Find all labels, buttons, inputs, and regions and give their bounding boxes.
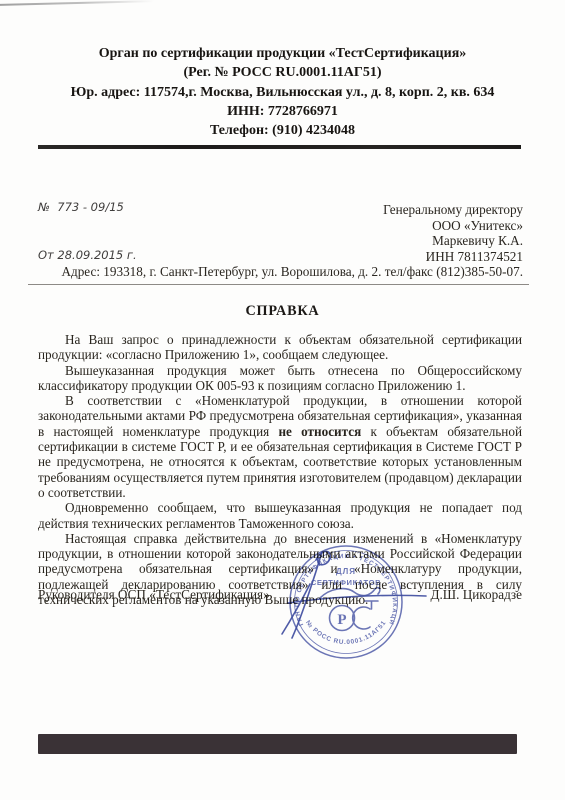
recipient-block: Генеральному директору ООО «Унитекс» Мар…: [61, 202, 523, 280]
paragraph-1: На Ваш запрос о принадлежности к объекта…: [38, 332, 522, 363]
recipient-line: Генеральному директору: [61, 202, 523, 218]
separator-thin: [28, 284, 529, 285]
certification-stamp: ОРГАН ПО СЕРТИФИКАЦИИ • ТЕСТСЕРТИФИКАЦИЯ…: [258, 538, 438, 678]
reg-number: (Рег. № РОСС RU.0001.11АГ51): [0, 63, 565, 82]
signature-label: Руководителя ОСП «ТестСертификация»: [38, 587, 270, 603]
separator-thick: [38, 145, 521, 149]
legal-address: Юр. адрес: 117574,г. Москва, Вильнюсская…: [0, 83, 565, 102]
org-name: Орган по сертификации продукции «ТестСер…: [0, 44, 565, 63]
paragraph-4: Одновременно сообщаем, что вышеуказанная…: [38, 500, 522, 531]
recipient-line: ИНН 7811374521: [61, 249, 523, 265]
recipient-line: Маркевичу К.А.: [61, 233, 523, 249]
recipient-line: Адрес: 193318, г. Санкт-Петербург, ул. В…: [61, 264, 523, 280]
scan-artifact-bottom: [38, 734, 517, 754]
stamp-center-line2: СЕРТИФИКАТОВ: [311, 578, 381, 587]
scan-artifact-top: [0, 0, 154, 6]
paragraph-2: Вышеуказанная продукция может быть отнес…: [38, 363, 522, 394]
rst-logo-letter: Р: [337, 612, 346, 628]
stamp-inner-ring: [295, 551, 398, 654]
stamp-center-line1: ДЛЯ: [336, 567, 356, 576]
inn: ИНН: 7728766971: [0, 102, 565, 121]
letterhead: Орган по сертификации продукции «ТестСер…: [0, 44, 565, 140]
paragraph-3: В соответствии с «Номенклатурой продукци…: [38, 393, 522, 500]
signatory-name: Д.Ш. Цикорадзе: [431, 587, 522, 603]
rst-logo-icon: Р: [320, 588, 380, 631]
scanned-letter-page: Орган по сертификации продукции «ТестСер…: [0, 0, 565, 800]
document-title: СПРАВКА: [0, 303, 565, 320]
phone: Телефон: (910) 4234048: [0, 121, 565, 140]
recipient-line: ООО «Унитекс»: [61, 218, 523, 234]
paragraph-3-emphasis: не относится: [278, 424, 361, 439]
